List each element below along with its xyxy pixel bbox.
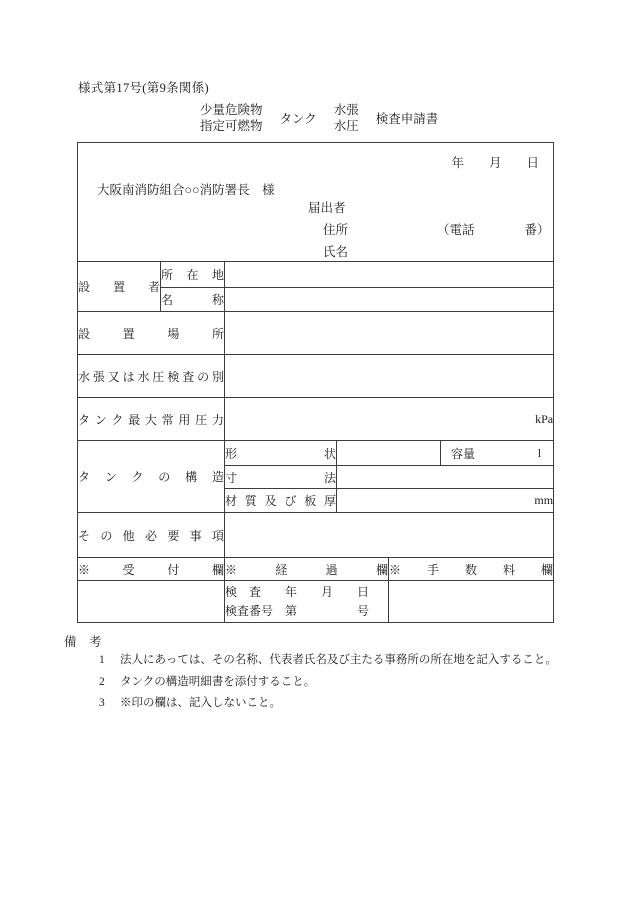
inspection-date-line: 検 査 年 月 日 <box>225 583 388 602</box>
note-item-3: 3※印の欄は、記入しないこと。 <box>99 694 281 710</box>
form-title: 少量危険物 指定可燃物 タンク 水張 水圧 検査申請書 <box>200 102 438 134</box>
title-option-test: 水張 水圧 <box>334 102 359 134</box>
max-pressure-label-cell: タンク最大常用圧力 <box>78 398 225 441</box>
shape-field[interactable] <box>337 441 441 466</box>
title-tank: タンク <box>280 109 317 127</box>
title-designated-combustible: 指定可燃物 <box>200 118 263 134</box>
application-table: 年 月 日 大阪南消防組合○○消防署長 様 届出者 住所 （電話 番） 氏名 設… <box>77 142 554 623</box>
kpa-unit: kPa <box>535 412 553 426</box>
tank-structure-label-cell: タンクの構造 <box>78 441 225 513</box>
note-item-2: 2タンクの構造明細書を添付すること。 <box>99 673 315 689</box>
form-number: 様式第17号(第9条関係) <box>78 78 209 96</box>
name-label: 氏名 <box>323 242 348 260</box>
address-label: 住所 <box>323 220 348 238</box>
title-option-hazmat: 少量危険物 指定可燃物 <box>200 102 263 134</box>
inspection-number-line: 検査番号 第 号 <box>225 602 388 621</box>
note-number: 3 <box>99 697 120 709</box>
note-text: タンクの構造明細書を添付すること。 <box>120 676 315 688</box>
dimension-field[interactable] <box>337 466 554 489</box>
other-items-label-cell: その他必要事項 <box>78 513 225 558</box>
title-small-qty-dangerous: 少量危険物 <box>200 102 263 118</box>
test-type-field[interactable] <box>225 355 554 398</box>
declarant-label: 届出者 <box>308 198 346 216</box>
capacity-cell[interactable]: 容量 l <box>441 441 554 466</box>
date-line: 年 月 日 <box>78 153 539 171</box>
note-number: 2 <box>99 676 120 688</box>
progress-column-header: ※経過欄 <box>225 558 389 581</box>
capacity-label: 容量 <box>451 445 475 462</box>
installer-label-cell: 設置者 <box>78 262 161 312</box>
installation-place-field[interactable] <box>225 312 554 355</box>
installer-name-field[interactable] <box>225 288 554 312</box>
phone-note: （電話 番） <box>437 220 550 238</box>
inspection-info-cell: 検 査 年 月 日 検査番号 第 号 <box>225 581 389 623</box>
mm-unit: mm <box>534 493 553 507</box>
fee-column-header: ※手数料欄 <box>389 558 554 581</box>
test-type-label-cell: 水張又は水圧検査の別 <box>78 355 225 398</box>
application-form-page: 様式第17号(第9条関係) 少量危険物 指定可燃物 タンク 水張 水圧 検査申請… <box>0 0 630 903</box>
installation-place-label-cell: 設置場所 <box>78 312 225 355</box>
note-text: 法人にあっては、その名称、代表者氏名及び主たる事務所の所在地を記入すること。 <box>120 654 557 666</box>
title-water-pressure: 水圧 <box>334 118 359 134</box>
material-label-cell: 材質及び板厚 <box>225 489 337 513</box>
other-items-field[interactable] <box>225 513 554 558</box>
material-field[interactable]: mm <box>337 489 554 513</box>
addressee: 大阪南消防組合○○消防署長 様 <box>97 180 275 198</box>
fee-field <box>389 581 554 623</box>
dimension-label-cell: 寸法 <box>225 466 337 489</box>
liter-unit: l <box>538 446 541 461</box>
installer-name-label-cell: 名称 <box>161 288 225 312</box>
form-header-cell: 年 月 日 大阪南消防組合○○消防署長 様 届出者 住所 （電話 番） 氏名 <box>78 143 554 262</box>
note-number: 1 <box>99 654 120 666</box>
shape-label-cell: 形状 <box>225 441 337 466</box>
installer-address-label-cell: 所在地 <box>161 262 225 288</box>
reception-field <box>78 581 225 623</box>
note-text: ※印の欄は、記入しないこと。 <box>120 697 281 709</box>
reception-column-header: ※受付欄 <box>78 558 225 581</box>
title-water-fill: 水張 <box>334 102 359 118</box>
notes-heading: 備 考 <box>64 632 102 650</box>
max-pressure-field[interactable]: kPa <box>225 398 554 441</box>
note-item-1: 1法人にあっては、その名称、代表者氏名及び主たる事務所の所在地を記入すること。 <box>99 651 557 667</box>
installer-address-field[interactable] <box>225 262 554 288</box>
title-application: 検査申請書 <box>376 109 439 127</box>
